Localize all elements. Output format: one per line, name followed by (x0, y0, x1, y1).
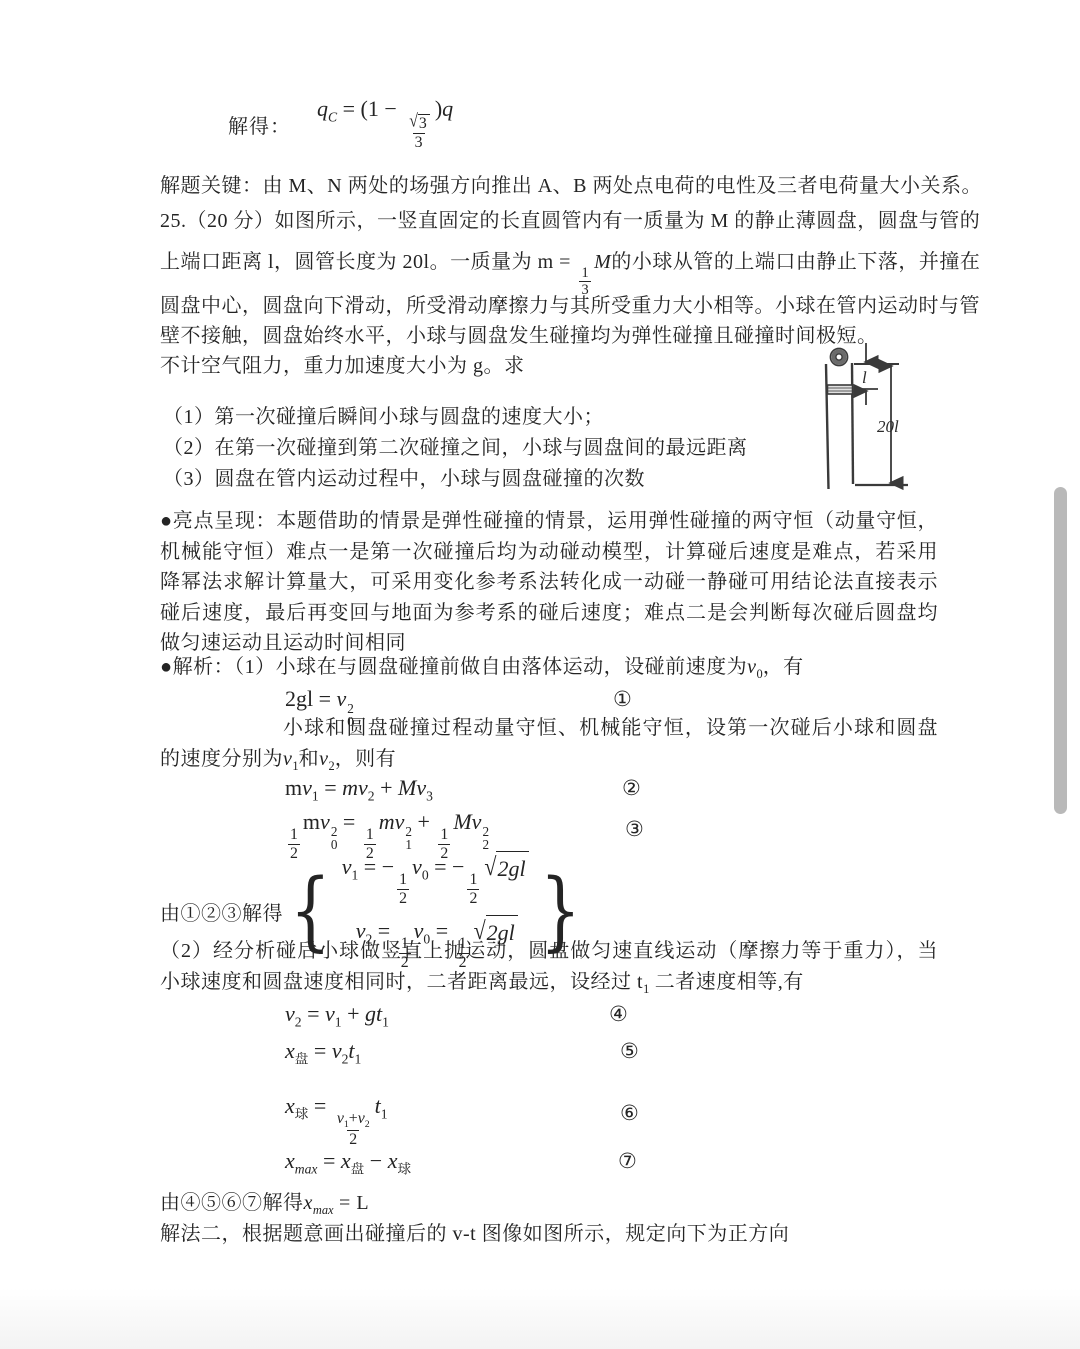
method2-line: 解法二，根据题意画出碰撞后的 v-t 图像如图所示，规定向下为正方向 (160, 1219, 938, 1250)
equation-5-number: ⑤ (620, 1036, 639, 1066)
tube-right-wall (852, 363, 853, 484)
equation-5-body: x盘 = v2t1 (285, 1038, 361, 1063)
problem-line-3: 圆盘中心，圆盘向下滑动，所受滑动摩擦力与其所受重力大小相等。小球在管内运动时与管 (160, 291, 938, 322)
ball-icon (830, 348, 847, 365)
equation-3-body: 12mv20 = 12mv21 + 12Mv22 (285, 809, 489, 834)
document-page: 解得： qC = (1 − √33)q 解题关键：由 M、N 两处的场强方向推出… (0, 0, 1080, 1349)
paragraph-key-point: 解题关键：由 M、N 两处的场强方向推出 A、B 两处点电荷的电性及三者电荷量大… (160, 171, 938, 202)
equation-1-number: ① (613, 684, 632, 714)
equation-qc: 解得： qC = (1 − √33)q (228, 96, 453, 152)
system-label: 由①②③解得 (160, 897, 283, 926)
equation-2-body: mv1 = mv2 + Mv3 (285, 775, 433, 800)
equation-5: x盘 = v2t1 ⑤ (285, 1036, 805, 1074)
equation-6-number: ⑥ (620, 1093, 639, 1133)
equation-1-body: 2gl = v20 (285, 686, 354, 711)
figure-tube-diagram: l 20l (798, 331, 1010, 493)
equation-6-body: x球 = v1+v22t1 (285, 1093, 388, 1118)
part2-paragraph: （2）经分析碰后小球做竖直上抛运动，圆盘做匀速直线运动（摩擦力等于重力），当小球… (160, 936, 938, 1004)
bottom-fade (0, 1288, 1080, 1349)
figure-label-gap: l (862, 368, 867, 387)
equation-qc-body: qC = (1 − √33)q (317, 96, 453, 152)
momentum-paragraph: 小球和圆盘碰撞过程动量守恒、机械能守恒，设第一次碰后小球和圆盘的速度分别为v1和… (160, 713, 938, 781)
figure-label-length: 20l (877, 417, 899, 436)
scrollbar-thumb[interactable] (1054, 487, 1067, 814)
problem-line-1: 25.（20 分）如图所示，一竖直固定的长直圆管内有一质量为 M 的静止薄圆盘，… (160, 206, 938, 237)
highlight-paragraph: ●亮点呈现：本题借助的情景是弹性碰撞的情景，运用弹性碰撞的两守恒（动量守恒，机械… (160, 506, 938, 659)
solve-label: 解得： (228, 110, 291, 139)
equation-3-number: ③ (625, 809, 644, 849)
equation-6: x球 = v1+v22t1 ⑥ (285, 1086, 805, 1149)
equation-7: xmax = x盘 − x球 ⑦ (285, 1146, 805, 1184)
system-eq-1: v1 = −12v0 = −12√2gl (342, 850, 529, 908)
disk (828, 385, 853, 394)
equation-7-number: ⑦ (618, 1146, 637, 1176)
equation-4: v2 = v1 + gt1 ④ (285, 999, 805, 1037)
equation-7-body: xmax = x盘 − x球 (285, 1148, 411, 1173)
equation-2-number: ② (622, 773, 641, 803)
tube-left-wall (826, 364, 829, 489)
equation-4-body: v2 = v1 + gt1 (285, 1001, 389, 1026)
equation-4-number: ④ (609, 999, 628, 1029)
